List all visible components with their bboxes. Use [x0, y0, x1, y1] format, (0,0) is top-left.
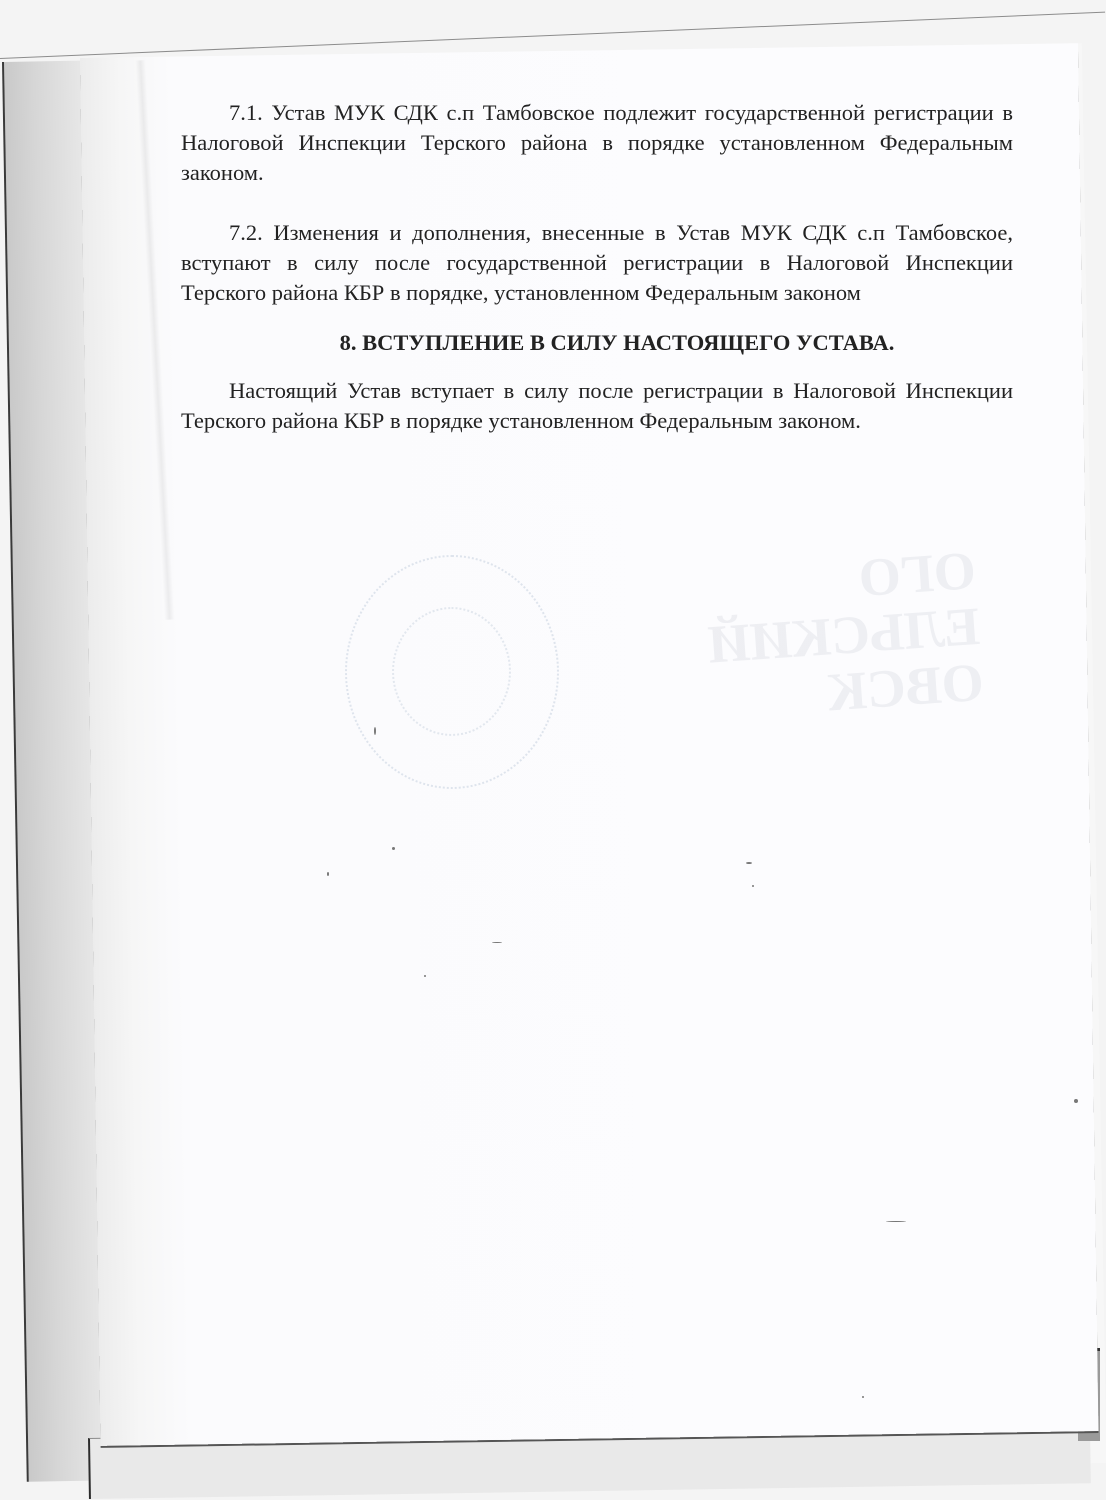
document-body: 7.1. Устав МУК СДК с.п Тамбовское подлеж…: [181, 98, 1013, 436]
section-8-heading: 8. ВСТУПЛЕНИЕ В СИЛУ НАСТОЯЩЕГО УСТАВА.: [181, 328, 1013, 358]
show-through-text: ОГОЕЛЬСКИЙОВСК: [595, 542, 986, 736]
show-through-seal-stamp: [345, 555, 559, 789]
paragraph-7-1: 7.1. Устав МУК СДК с.п Тамбовское подлеж…: [181, 98, 1013, 188]
paragraph-7-2: 7.2. Изменения и дополнения, внесенные в…: [181, 218, 1013, 308]
paragraph-8: Настоящий Устав вступает в силу после ре…: [181, 376, 1013, 436]
